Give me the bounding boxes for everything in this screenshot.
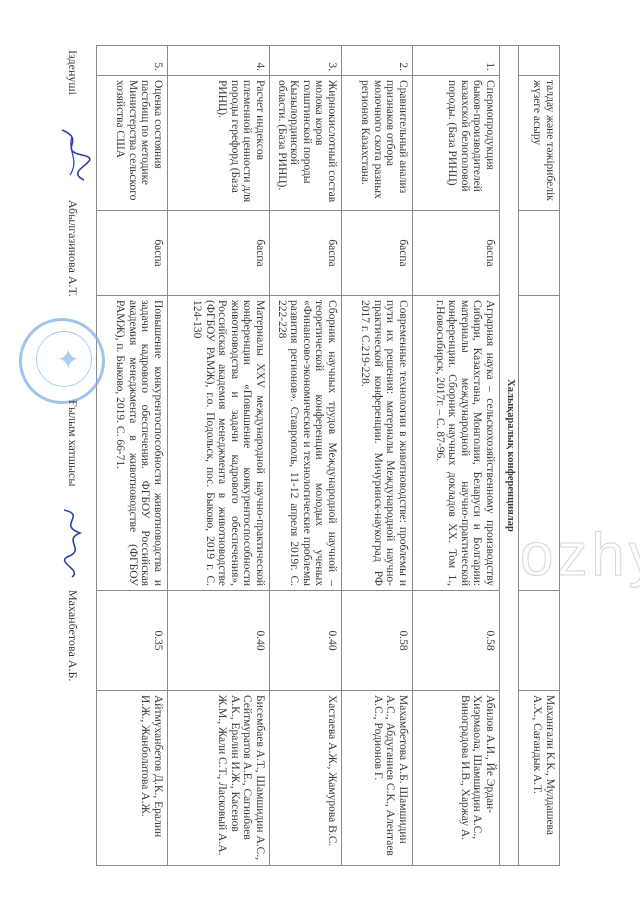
signature-footer: Ізденуші Абылгазинова А.Т. Ғылым хатшысы… bbox=[50, 0, 80, 904]
row-pages: 0.40 bbox=[168, 591, 270, 691]
document-page: ozhy.kz талдау және тәжірибелік жүзеге а… bbox=[0, 0, 640, 904]
section-title: Халықаралық конференциялар bbox=[500, 46, 519, 866]
researcher-signature-icon bbox=[52, 125, 92, 185]
row-coauthors: Айтмуханбетов Д.К., Ералин И.Ж., Жанбола… bbox=[97, 691, 168, 866]
header-cell-form bbox=[519, 211, 560, 296]
row-publication: Аграрная наука – сельскохозяйственному п… bbox=[413, 296, 500, 591]
section-row: Халықаралық конференциялар bbox=[500, 46, 519, 866]
row-title: Сравнительный анализ признаков отбора мо… bbox=[342, 76, 413, 211]
row-coauthors: Бисембаев А.Т., Шамшидин А.С., Сейтмурат… bbox=[168, 691, 270, 866]
row-number: 1. bbox=[413, 46, 500, 76]
row-form: баспа bbox=[413, 211, 500, 296]
header-cell-publication bbox=[519, 296, 560, 591]
row-number: 4. bbox=[168, 46, 270, 76]
table-row: 2. Сравнительный анализ признаков отбора… bbox=[342, 46, 413, 866]
table-row: 4. Расчет индексов племенной ценности дл… bbox=[168, 46, 270, 866]
row-pages: 0.58 bbox=[413, 591, 500, 691]
row-form: баспа bbox=[342, 211, 413, 296]
publications-table: талдау және тәжірибелік жүзеге асыру Мах… bbox=[96, 45, 560, 866]
row-form: баспа bbox=[97, 211, 168, 296]
row-pages: 0.58 bbox=[342, 591, 413, 691]
header-cell-pages bbox=[519, 591, 560, 691]
table-row: 1. Спермопродукция быков-производителей … bbox=[413, 46, 500, 866]
row-number: 5. bbox=[97, 46, 168, 76]
header-cell-title: талдау және тәжірибелік жүзеге асыру bbox=[519, 76, 560, 211]
researcher-name: Абылгазинова А.Т. bbox=[65, 200, 80, 297]
row-coauthors: Махамбетова А.Б. Шамшидин А.С., Абдугани… bbox=[342, 691, 413, 866]
row-coauthors: Абилов А.И., Йе Эрдан-Хиэрмаола, Шамшиди… bbox=[413, 691, 500, 866]
row-form: баспа bbox=[168, 211, 270, 296]
row-title: Спермопродукция быков-производителей каз… bbox=[413, 76, 500, 211]
header-cell-num bbox=[519, 46, 560, 76]
row-number: 2. bbox=[342, 46, 413, 76]
researcher-label: Ізденуші bbox=[65, 50, 80, 95]
row-title: Оценка состояния пастбищ по методике Мин… bbox=[97, 76, 168, 211]
table-row: 3. Жирнокислотный состав молока коров го… bbox=[270, 46, 342, 866]
row-publication: Материалы XXV международной научно-практ… bbox=[168, 296, 270, 591]
table-header-row: талдау және тәжірибелік жүзеге асыру Мах… bbox=[519, 46, 560, 866]
row-title: Расчет индексов племенной ценности для п… bbox=[168, 76, 270, 211]
row-title: Жирнокислотный состав молока коров голшт… bbox=[270, 76, 342, 211]
secretary-label: Ғылым хатшысы bbox=[65, 400, 80, 486]
secretary-name: Маханбетова А.Б. bbox=[65, 590, 80, 681]
table-row: 5. Оценка состояния пастбищ по методике … bbox=[97, 46, 168, 866]
row-pages: 0.40 bbox=[270, 591, 342, 691]
row-form: баспа bbox=[270, 211, 342, 296]
secretary-signature-icon bbox=[52, 505, 92, 580]
header-cell-coauthors: Маханғали К.К., Мулдашева А.Х., Сағандык… bbox=[519, 691, 560, 866]
row-pages: 0.35 bbox=[97, 591, 168, 691]
row-coauthors: Хастаева А.Ж., Жамурова В.С. bbox=[270, 691, 342, 866]
row-number: 3. bbox=[270, 46, 342, 76]
row-publication: Повышение конкурентоспособности животнов… bbox=[97, 296, 168, 591]
row-publication: Сборник научных трудов Международной нау… bbox=[270, 296, 342, 591]
row-publication: Современные технологии в животноводстве:… bbox=[342, 296, 413, 591]
